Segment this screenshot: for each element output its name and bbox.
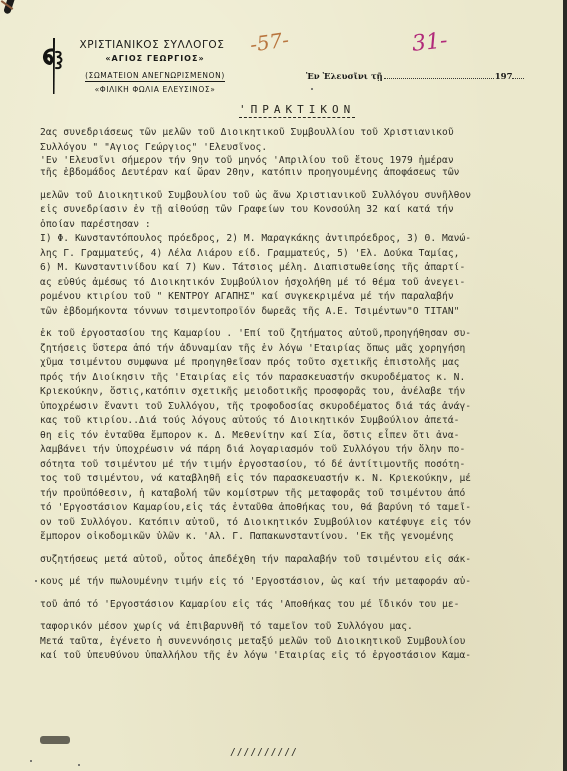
letterhead: ΧΡΙΣΤΙΑΝΙΚΟΣ ΣΥΛΛΟΓΟΣ «ΑΓΙΟΣ ΓΕΩΡΓΙΟΣ» (…: [70, 39, 240, 94]
handwritten-folio-number: 31-: [411, 28, 449, 57]
text-line: τῆς ἑβδομάδος Δευτέραν καί ὥραν 20ην, κα…: [40, 166, 560, 181]
text-line: 6) Μ. Κωνσταντινίδου καί 7) Κων. Τάτσιος…: [40, 261, 560, 276]
document-title: 'ΠΡΑΚΤΙΚΟΝ: [239, 103, 355, 118]
text-line: ζητήσεις ὕστερα ἀπό τήν ἀδυναμίαν τῆς ἐν…: [40, 342, 560, 357]
text-line: Μετά ταῦτα, ἐγένετο ἡ συνεννόησις μεταξύ…: [40, 635, 560, 650]
paper-speck: [35, 580, 37, 582]
date-blank: [384, 78, 494, 79]
text-line: λης Γ. Γραμματεύς, 4) Λέλα Λιάρου είδ. Γ…: [40, 247, 560, 262]
text-line: σότητα τοῦ τσιμέντου μέ τήν τιμήν ἐργοστ…: [40, 458, 560, 473]
paper-speck: [30, 760, 32, 762]
text-line: τήν προϋπόθεσιν, ἡ καταβολή τῶν κομίστρω…: [40, 487, 560, 502]
text-line: τῶν ἑβδομήκοντα τόννων τσιμεντοπροϊόν δω…: [40, 305, 560, 320]
text-line: λαμβάνει τήν ὑποχρέωσιν νά πάρη διά λογα…: [40, 443, 560, 458]
text-line: καί τοῦ ὑπευθύνου ὑπαλλήλου τῆς ἐν λόγω …: [40, 649, 560, 664]
text-line: ον τοῦ Συλλόγου. Κατόπιν αὐτοῦ, τό Διοικ…: [40, 516, 560, 531]
association-status: (ΣΩΜΑΤΕΙΟΝ ΑΝΕΓΝΩΡΙΣΜΕΝΟΝ): [85, 71, 225, 82]
association-name: ΧΡΙΣΤΙΑΝΙΚΟΣ ΣΥΛΛΟΓΟΣ: [64, 39, 240, 51]
text-line: κας τοῦ κτιρίου..Διά τούς λόγους αὐτούς …: [40, 414, 560, 429]
text-line: θη εἰς τόν ἐνταῦθα ἔμπορον κ. Δ. Μεθενίτ…: [40, 429, 560, 444]
minutes-body: 2ας συνεδριάσεως τῶν μελῶν τοῦ Διοικητικ…: [40, 126, 560, 664]
text-line: τος τοῦ τσιμέντου, νά καταβληθῆ εἰς τόν …: [40, 472, 560, 487]
text-line: 2ας συνεδριάσεως τῶν μελῶν τοῦ Διοικητικ…: [40, 126, 560, 141]
text-line: κους μέ τήν πωλουμένην τιμήν εἰς τό 'Εργ…: [40, 575, 560, 590]
ink-blot: [40, 736, 70, 744]
text-line: ας εὐθύς ἀμέσως τό Διοικητικόν Συμβούλιο…: [40, 276, 560, 291]
text-line: μελῶν τοῦ Διοικητικοῦ Συμβουλίου τοῦ ὡς …: [40, 189, 560, 204]
text-line: τοῦ ἀπό τό 'Εργοστάσιον Καμαρίου εἰς τάς…: [40, 598, 560, 613]
text-line: τό 'Εργοστάσιον Καμαρίου,εἰς τάς ἐνταῦθα…: [40, 501, 560, 516]
text-line: ἔμπορον οἰκοδομικῶν ὑλῶν κ. 'Αλ. Γ. Παπα…: [40, 530, 560, 545]
text-line: ὁποίαν παρέστησαν :: [40, 218, 560, 233]
end-marker: //////////: [230, 747, 298, 758]
year-prefix: 197: [495, 72, 513, 82]
text-line: συζητήσεως μετά αὐτοῦ, οὗτος ἀπεδέχθη τή…: [40, 553, 560, 568]
place-date-line: Ἐν Ἐλευσῖνι τῇ197: [306, 72, 524, 82]
text-line: 'Εν 'Ελευσῖνι σήμερον τήν 9ην τοῦ μηνός …: [40, 155, 560, 166]
text-line: εἰς συνεδρίασιν ἐν τῇ αἰθούσῃ τῶν Γραφεί…: [40, 203, 560, 218]
paper-speck: [78, 764, 80, 766]
text-line: Κριεκούκην, ὅστις,κατόπιν σχετικῆς μειοδ…: [40, 385, 560, 400]
text-line: ρομένου κτιρίου τοῦ " ΚΕΝΤΡΟΥ ΑΓΑΠΗΣ" κα…: [40, 290, 560, 305]
text-line: ταφορικόν μέσον χωρίς νά ἐπιβαρυνθῆ τό τ…: [40, 620, 560, 635]
association-branch: «ΦΙΛΙΚΗ ΦΩΛΙΑ ΕΛΕΥΣΙΝΟΣ»: [70, 85, 240, 94]
text-line: ἐκ τοῦ ἐργοστασίου της Καμαρίου . 'Επί τ…: [40, 327, 560, 342]
paper-speck: [311, 88, 313, 90]
text-line: I) Φ. Κωνσταντόπουλος πρόεδρος, 2) Μ. Μα…: [40, 232, 560, 247]
text-line: ὑποχρέωσιν ἔναντι τοῦ Συλλόγου, τῆς τροφ…: [40, 400, 560, 415]
association-saint: «ΑΓΙΟΣ ΓΕΩΡΓΙΟΣ»: [70, 54, 240, 63]
page-edge-border: [563, 0, 567, 771]
text-line: χῦμα τσιμέντου συμφωνα μέ προηγηθεῖσαν π…: [40, 356, 560, 371]
text-line: Συλλόγου " "Αγιος Γεώργιος" 'Ελευσῖνος.: [40, 141, 560, 156]
year-blank: [512, 78, 524, 79]
place-label: Ἐν Ἐλευσῖνι τῇ: [306, 72, 383, 82]
text-line: πρός τήν Διοίκησιν τῆς 'Εταιρίας εἰς τόν…: [40, 371, 560, 386]
